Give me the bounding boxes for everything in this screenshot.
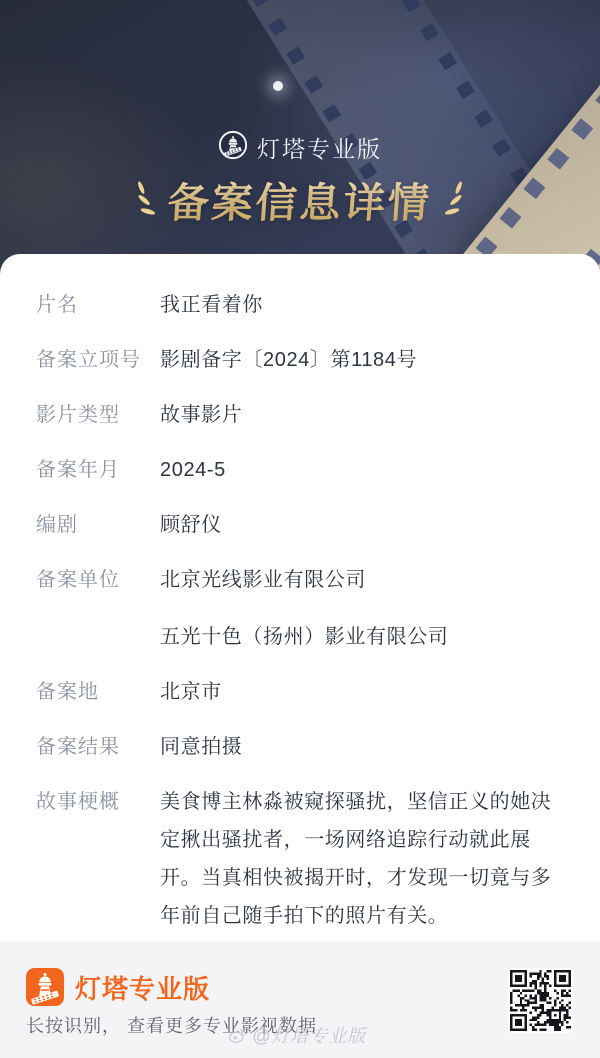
field-label: 故事梗概 — [36, 783, 160, 821]
field-values: 我正看着你 — [160, 286, 565, 324]
field-values: 2024-5 — [160, 451, 565, 489]
laurel-left-icon — [134, 180, 158, 220]
lighthouse-app-icon — [26, 968, 64, 1006]
field-values: 美食博主林淼被窥探骚扰，坚信正义的她决定揪出骚扰者，一场网络追踪行动就此展开。当… — [160, 783, 565, 935]
qr-code — [508, 968, 573, 1033]
info-row: 备案结果同意拍摄 — [36, 728, 565, 766]
field-values: 故事影片 — [160, 396, 565, 434]
info-row: 备案单位北京光线影业有限公司五光十色（扬州）影业有限公司 — [36, 561, 565, 656]
footer-brand-row: 灯塔专业版 — [26, 968, 210, 1006]
field-label: 影片类型 — [36, 396, 160, 434]
watermark-text: @灯塔专业版 — [252, 1022, 366, 1048]
field-value: 美食博主林淼被窥探骚扰，坚信正义的她决定揪出骚扰者，一场网络追踪行动就此展开。当… — [160, 783, 565, 935]
brand-logo-row: 灯塔专业版 — [0, 130, 600, 165]
watermark: @灯塔专业版 — [228, 1022, 366, 1048]
field-value: 顾舒仪 — [160, 506, 565, 544]
info-row: 编剧顾舒仪 — [36, 506, 565, 544]
info-rows: 片名我正看着你备案立项号影剧备字〔2024〕第1184号影片类型故事影片备案年月… — [36, 286, 565, 935]
info-row: 片名我正看着你 — [36, 286, 565, 324]
info-row: 备案立项号影剧备字〔2024〕第1184号 — [36, 341, 565, 379]
field-values: 顾舒仪 — [160, 506, 565, 544]
field-label: 备案结果 — [36, 728, 160, 766]
field-values: 影剧备字〔2024〕第1184号 — [160, 341, 565, 379]
page-title-row: 备案信息详情 — [0, 170, 600, 229]
field-value: 同意拍摄 — [160, 728, 565, 766]
light-dot — [273, 81, 283, 91]
field-value: 2024-5 — [160, 451, 565, 489]
field-label: 编剧 — [36, 506, 160, 544]
page-title: 备案信息详情 — [166, 170, 434, 229]
field-value: 故事影片 — [160, 396, 565, 434]
info-row: 故事梗概美食博主林淼被窥探骚扰，坚信正义的她决定揪出骚扰者，一场网络追踪行动就此… — [36, 783, 565, 935]
field-label: 片名 — [36, 286, 160, 324]
field-label: 备案年月 — [36, 451, 160, 489]
brand-name: 灯塔专业版 — [257, 131, 382, 164]
footer-bar: 灯塔专业版 长按识别， 查看更多专业影视数据 @灯塔专业版 — [0, 941, 600, 1058]
field-label: 备案单位 — [36, 561, 160, 599]
lighthouse-circle-icon — [218, 130, 248, 165]
footer-brand-name: 灯塔专业版 — [75, 969, 210, 1006]
header-banner: 灯塔专业版 备案信息详情 — [0, 0, 600, 274]
field-values: 北京市 — [160, 673, 565, 711]
info-row: 影片类型故事影片 — [36, 396, 565, 434]
field-value: 北京市 — [160, 673, 565, 711]
registration-info-card: 片名我正看着你备案立项号影剧备字〔2024〕第1184号影片类型故事影片备案年月… — [0, 254, 600, 941]
field-value: 影剧备字〔2024〕第1184号 — [160, 341, 565, 379]
field-label: 备案地 — [36, 673, 160, 711]
field-value: 北京光线影业有限公司 — [160, 561, 565, 599]
field-value: 我正看着你 — [160, 286, 565, 324]
laurel-right-icon — [442, 180, 466, 220]
weibo-icon — [228, 1026, 248, 1044]
field-values: 同意拍摄 — [160, 728, 565, 766]
field-label: 备案立项号 — [36, 341, 160, 379]
info-row: 备案地北京市 — [36, 673, 565, 711]
field-values: 北京光线影业有限公司五光十色（扬州）影业有限公司 — [160, 561, 565, 656]
info-row: 备案年月2024-5 — [36, 451, 565, 489]
field-value: 五光十色（扬州）影业有限公司 — [160, 618, 565, 656]
